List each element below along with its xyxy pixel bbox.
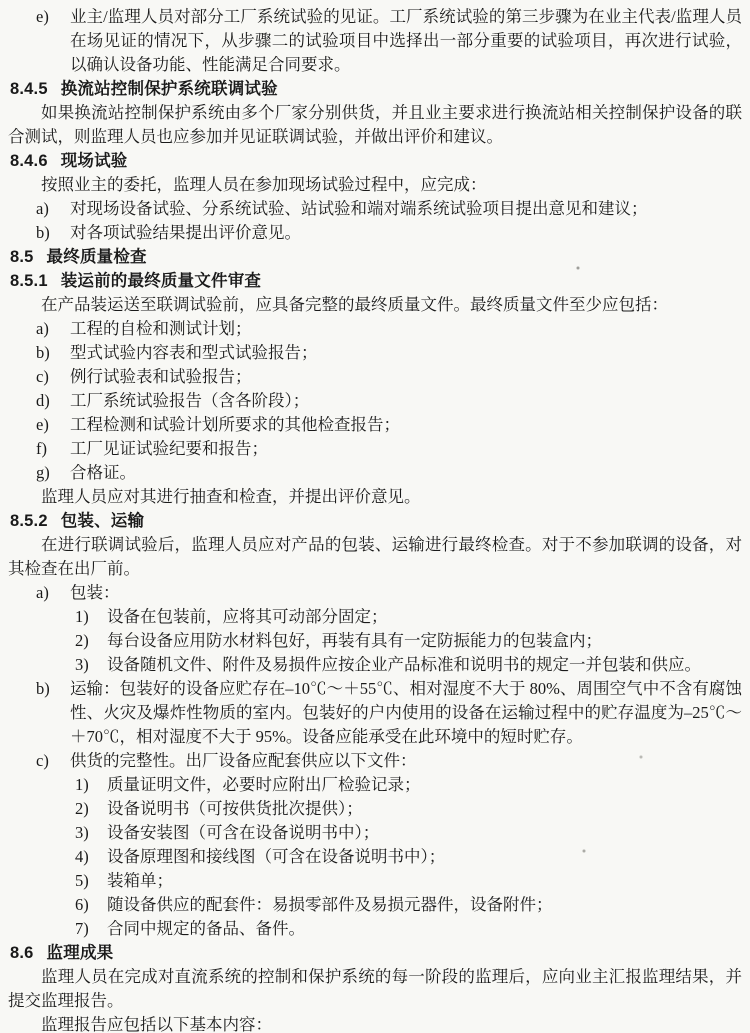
list-subitem-1: 1) 设备在包装前，应将其可动部分固定； <box>8 605 742 629</box>
list-item-c: c) 供货的完整性。出厂设备应配套供应以下文件： <box>8 749 742 773</box>
list-item-e: e) 业主/监理人员对部分工厂系统试验的见证。工厂系统试验的第三步骤为在业主代表… <box>8 5 742 77</box>
list-marker: 3) <box>8 653 107 677</box>
list-marker: b) <box>8 221 70 245</box>
list-marker: g) <box>8 461 70 485</box>
list-text: 质量证明文件，必要时应附出厂检验记录； <box>107 773 742 797</box>
section-number: 8.5 <box>10 245 34 269</box>
list-item-a: a) 对现场设备试验、分系统试验、站试验和端对端系统试验项目提出意见和建议； <box>8 197 742 221</box>
paragraph: 监理报告应包括以下基本内容： <box>8 1013 742 1033</box>
paragraph: 监理人员应对其进行抽查和检查，并提出评价意见。 <box>8 485 742 509</box>
list-text: 包装： <box>70 581 742 605</box>
list-marker: c) <box>8 749 70 773</box>
list-text: 设备说明书（可按供货批次提供）； <box>107 797 742 821</box>
list-text: 设备安装图（可含在设备说明书中）； <box>107 821 742 845</box>
list-subitem-1: 1) 质量证明文件，必要时应附出厂检验记录； <box>8 773 742 797</box>
list-subitem-5: 5) 装箱单； <box>8 869 742 893</box>
section-number: 8.4.5 <box>10 77 48 101</box>
list-item-a: a) 包装： <box>8 581 742 605</box>
heading-8-4-5: 8.4.5换流站控制保护系统联调试验 <box>8 77 742 101</box>
heading-8-6: 8.6监理成果 <box>8 941 742 965</box>
list-item-b: b) 对各项试验结果提出评价意见。 <box>8 221 742 245</box>
list-text: 随设备供应的配套件：易损零部件及易损元器件，设备附件； <box>107 893 742 917</box>
document-page: e) 业主/监理人员对部分工厂系统试验的见证。工厂系统试验的第三步骤为在业主代表… <box>0 0 750 1033</box>
list-text: 对各项试验结果提出评价意见。 <box>70 221 742 245</box>
list-text: 供货的完整性。出厂设备应配套供应以下文件： <box>70 749 742 773</box>
list-item-b: b) 型式试验内容表和型式试验报告； <box>8 341 742 365</box>
list-marker: 1) <box>8 605 107 629</box>
section-title: 换流站控制保护系统联调试验 <box>61 80 278 98</box>
list-marker: 1) <box>8 773 107 797</box>
list-text: 例行试验表和试验报告； <box>70 365 742 389</box>
paragraph: 在产品装运送至联调试验前，应具备完整的最终质量文件。最终质量文件至少应包括： <box>8 293 742 317</box>
section-number: 8.6 <box>10 941 34 965</box>
list-text: 工厂见证试验纪要和报告； <box>70 437 742 461</box>
section-number: 8.4.6 <box>10 149 48 173</box>
list-subitem-4: 4) 设备原理图和接线图（可含在设备说明书中）； <box>8 845 742 869</box>
list-marker: 7) <box>8 917 107 941</box>
list-item-c: c) 例行试验表和试验报告； <box>8 365 742 389</box>
section-title: 现场试验 <box>61 152 128 170</box>
section-title: 装运前的最终质量文件审查 <box>61 272 261 290</box>
list-marker: a) <box>8 581 70 605</box>
heading-8-5-2: 8.5.2包装、运输 <box>8 509 742 533</box>
list-text: 工程检测和试验计划所要求的其他检查报告； <box>70 413 742 437</box>
list-text: 合格证。 <box>70 461 742 485</box>
list-text: 装箱单； <box>107 869 742 893</box>
list-item-e: e) 工程检测和试验计划所要求的其他检查报告； <box>8 413 742 437</box>
list-marker: 3) <box>8 821 107 845</box>
paragraph: 按照业主的委托，监理人员在参加现场试验过程中，应完成： <box>8 173 742 197</box>
list-item-b: b) 运输：包装好的设备应贮存在–10℃～＋55℃、相对湿度不大于 80%、周围… <box>8 677 742 749</box>
list-subitem-6: 6) 随设备供应的配套件：易损零部件及易损元器件，设备附件； <box>8 893 742 917</box>
list-text: 工厂系统试验报告（含各阶段）； <box>70 389 742 413</box>
list-subitem-3: 3) 设备安装图（可含在设备说明书中）； <box>8 821 742 845</box>
list-marker: 2) <box>8 797 107 821</box>
list-marker: b) <box>8 341 70 365</box>
list-marker: c) <box>8 365 70 389</box>
list-text: 运输：包装好的设备应贮存在–10℃～＋55℃、相对湿度不大于 80%、周围空气中… <box>70 677 742 749</box>
list-marker: d) <box>8 389 70 413</box>
list-text: 合同中规定的备品、备件。 <box>107 917 742 941</box>
list-text: 每台设备应用防水材料包好，再装有具有一定防振能力的包装盒内； <box>107 629 742 653</box>
section-title: 最终质量检查 <box>47 248 147 266</box>
list-marker: a) <box>8 197 70 221</box>
section-title: 包装、运输 <box>61 512 145 530</box>
list-marker: f) <box>8 437 70 461</box>
list-subitem-2: 2) 设备说明书（可按供货批次提供）； <box>8 797 742 821</box>
list-marker: 2) <box>8 629 107 653</box>
list-subitem-7: 7) 合同中规定的备品、备件。 <box>8 917 742 941</box>
list-item-f: f) 工厂见证试验纪要和报告； <box>8 437 742 461</box>
list-item-d: d) 工厂系统试验报告（含各阶段）； <box>8 389 742 413</box>
list-marker: a) <box>8 317 70 341</box>
list-subitem-2: 2) 每台设备应用防水材料包好，再装有具有一定防振能力的包装盒内； <box>8 629 742 653</box>
list-item-a: a) 工程的自检和测试计划； <box>8 317 742 341</box>
paragraph: 如果换流站控制保护系统由多个厂家分别供货，并且业主要求进行换流站相关控制保护设备… <box>8 101 742 149</box>
list-text: 工程的自检和测试计划； <box>70 317 742 341</box>
list-text: 对现场设备试验、分系统试验、站试验和端对端系统试验项目提出意见和建议； <box>70 197 742 221</box>
section-number: 8.5.1 <box>10 269 48 293</box>
list-marker: 5) <box>8 869 107 893</box>
list-item-g: g) 合格证。 <box>8 461 742 485</box>
list-subitem-3: 3) 设备随机文件、附件及易损件应按企业产品标准和说明书的规定一并包装和供应。 <box>8 653 742 677</box>
paragraph: 在进行联调试验后，监理人员应对产品的包装、运输进行最终检查。对于不参加联调的设备… <box>8 533 742 581</box>
list-marker: 4) <box>8 845 107 869</box>
list-text: 设备在包装前，应将其可动部分固定； <box>107 605 742 629</box>
list-marker: b) <box>8 677 70 749</box>
heading-8-5: 8.5最终质量检查 <box>8 245 742 269</box>
section-title: 监理成果 <box>47 944 114 962</box>
list-marker: e) <box>8 413 70 437</box>
list-marker: e) <box>8 5 70 77</box>
list-text: 业主/监理人员对部分工厂系统试验的见证。工厂系统试验的第三步骤为在业主代表/监理… <box>70 5 742 77</box>
paragraph: 监理人员在完成对直流系统的控制和保护系统的每一阶段的监理后，应向业主汇报监理结果… <box>8 965 742 1013</box>
heading-8-4-6: 8.4.6现场试验 <box>8 149 742 173</box>
section-number: 8.5.2 <box>10 509 48 533</box>
heading-8-5-1: 8.5.1装运前的最终质量文件审查 <box>8 269 742 293</box>
list-marker: 6) <box>8 893 107 917</box>
list-text: 设备随机文件、附件及易损件应按企业产品标准和说明书的规定一并包装和供应。 <box>107 653 742 677</box>
list-text: 型式试验内容表和型式试验报告； <box>70 341 742 365</box>
list-text: 设备原理图和接线图（可含在设备说明书中）； <box>107 845 742 869</box>
